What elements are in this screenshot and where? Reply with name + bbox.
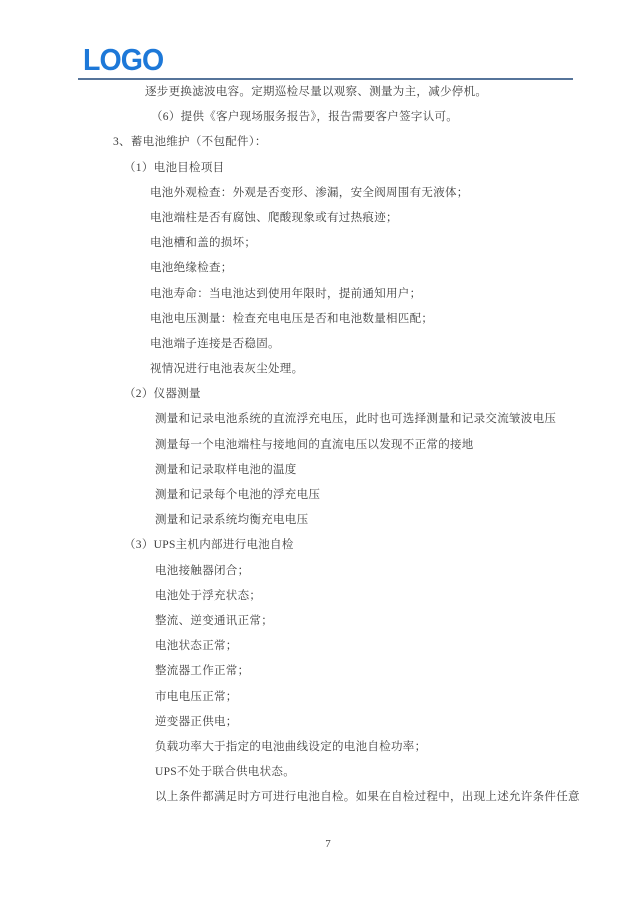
document-line: 电池绝缘检查；	[0, 256, 640, 281]
page-number: 7	[0, 838, 640, 850]
document-line: 电池电压测量：检查充电电压是否和电池数量相匹配；	[0, 307, 640, 332]
document-line: UPS不处于联合供电状态。	[0, 760, 640, 785]
document-line: 视情况进行电池表灰尘处理。	[0, 357, 640, 382]
document-line: 逐步更换滤波电容。定期巡检尽量以观察、测量为主，减少停机。	[0, 80, 640, 105]
document-line: 逆变器正供电；	[0, 710, 640, 735]
document-body: 逐步更换滤波电容。定期巡检尽量以观察、测量为主，减少停机。 （6）提供《客户现场…	[0, 80, 640, 810]
document-line: 市电电压正常；	[0, 685, 640, 710]
document-line: 电池外观检查：外观是否变形、渗漏，安全阀周围有无液体；	[0, 181, 640, 206]
document-line: （6）提供《客户现场服务报告》，报告需要客户签字认可。	[0, 105, 640, 130]
document-line: 整流器工作正常；	[0, 659, 640, 684]
document-section-heading: 3、蓄电池维护（不包配件）：	[0, 130, 640, 155]
document-line: 电池处于浮充状态；	[0, 584, 640, 609]
document-line: 测量每一个电池端柱与接地间的直流电压以发现不正常的接地	[0, 433, 640, 458]
document-line: 测量和记录系统均衡充电电压	[0, 508, 640, 533]
document-line: 电池状态正常；	[0, 634, 640, 659]
document-subsection-heading: （1）电池目检项目	[0, 156, 640, 181]
document-line: 测量和记录每个电池的浮充电压	[0, 483, 640, 508]
document-line: 测量和记录电池系统的直流浮充电压，此时也可选择测量和记录交流皱波电压	[0, 407, 640, 432]
document-line: 电池端柱是否有腐蚀、爬酸现象或有过热痕迹；	[0, 206, 640, 231]
document-line: 电池端子连接是否稳固。	[0, 332, 640, 357]
document-line: 电池接触器闭合；	[0, 559, 640, 584]
document-subsection-heading: （3）UPS主机内部进行电池自检	[0, 533, 640, 558]
document-line: 电池寿命：当电池达到使用年限时，提前通知用户；	[0, 282, 640, 307]
company-logo: LOGO	[83, 44, 163, 75]
document-line: 测量和记录取样电池的温度	[0, 458, 640, 483]
document-page: LOGO 逐步更换滤波电容。定期巡检尽量以观察、测量为主，减少停机。 （6）提供…	[0, 0, 640, 906]
document-subsection-heading: （2）仪器测量	[0, 382, 640, 407]
document-line: 以上条件都满足时方可进行电池自检。如果在自检过程中，出现上述允许条件任意	[0, 785, 640, 810]
document-line: 负载功率大于指定的电池曲线设定的电池自检功率；	[0, 735, 640, 760]
document-line: 电池槽和盖的损坏；	[0, 231, 640, 256]
document-line: 整流、逆变通讯正常；	[0, 609, 640, 634]
